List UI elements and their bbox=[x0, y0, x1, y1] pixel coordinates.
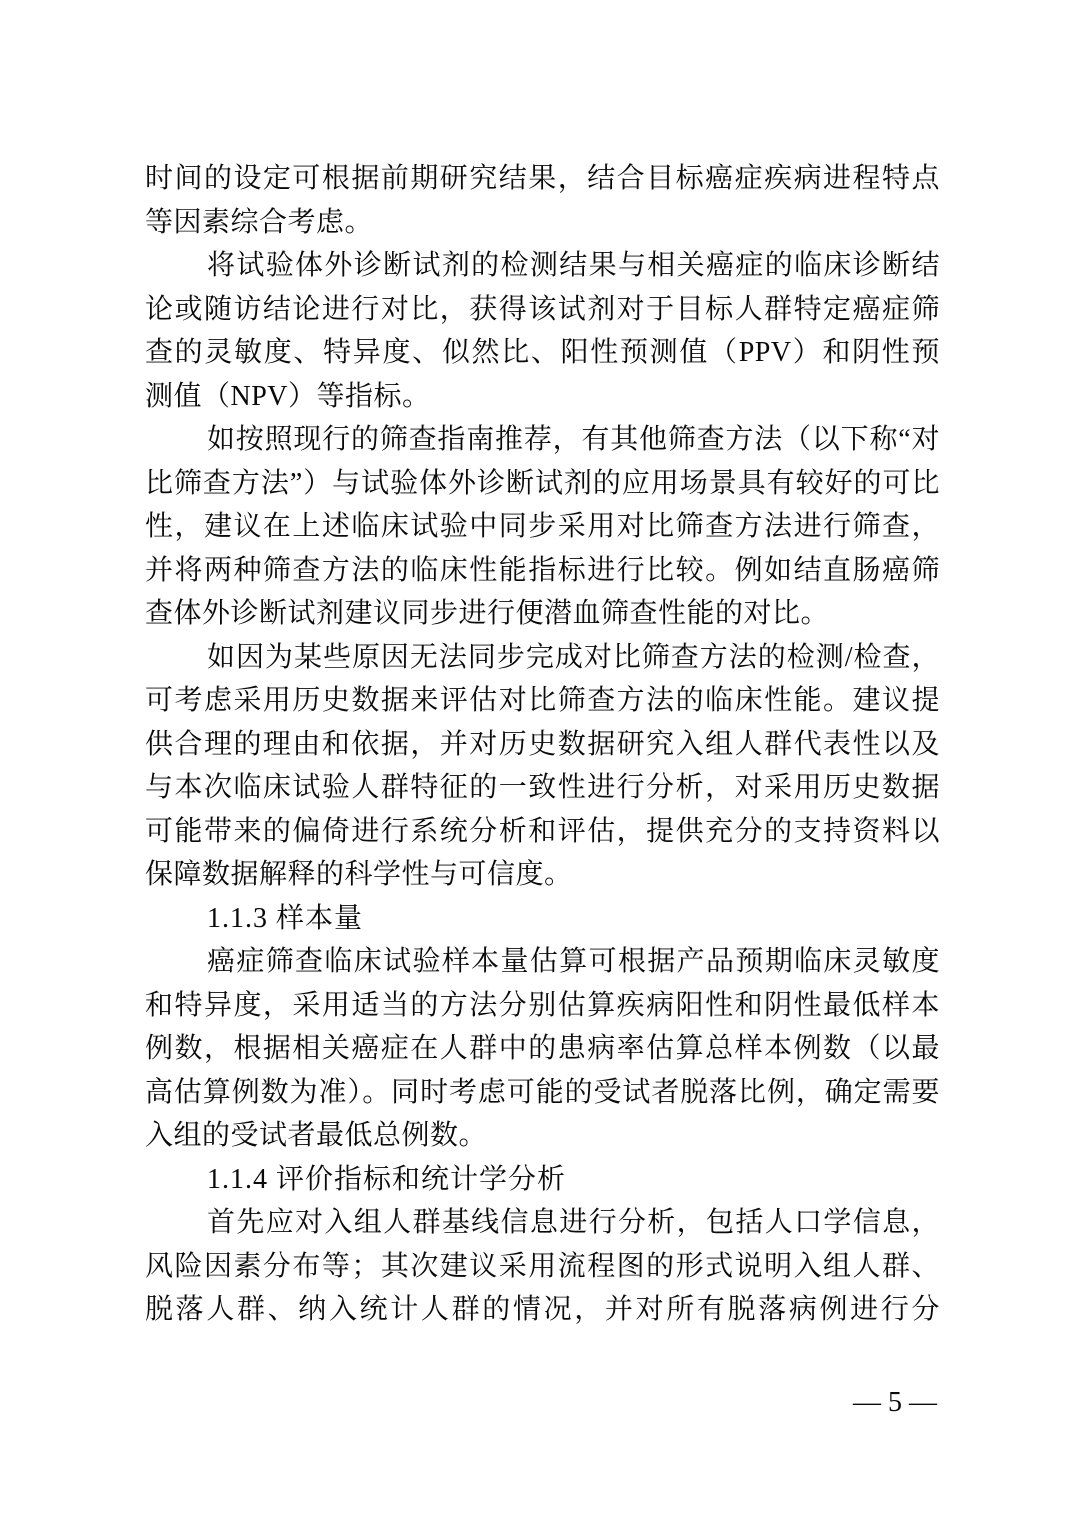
text-line: 并将两种筛查方法的临床性能指标进行比较。例如结直肠癌筛 bbox=[145, 549, 940, 593]
text-line: 论或随访结论进行对比，获得该试剂对于目标人群特定癌症筛 bbox=[145, 288, 940, 332]
document-body: 时间的设定可根据前期研究结果，结合目标癌症疾病进程特点等因素综合考虑。将试验体外… bbox=[145, 157, 940, 1332]
text-line: 将试验体外诊断试剂的检测结果与相关癌症的临床诊断结 bbox=[145, 244, 940, 288]
text-line: 时间的设定可根据前期研究结果，结合目标癌症疾病进程特点 bbox=[145, 157, 940, 201]
text-line: 供合理的理由和依据，并对历史数据研究入组人群代表性以及 bbox=[145, 723, 940, 767]
text-line: 可考虑采用历史数据来评估对比筛查方法的临床性能。建议提 bbox=[145, 679, 940, 723]
text-line: 癌症筛查临床试验样本量估算可根据产品预期临床灵敏度 bbox=[145, 940, 940, 984]
text-line: 比筛查方法”）与试验体外诊断试剂的应用场景具有较好的可比 bbox=[145, 462, 940, 506]
text-line: 例数，根据相关癌症在人群中的患病率估算总样本例数（以最 bbox=[145, 1027, 940, 1071]
text-line: 入组的受试者最低总例数。 bbox=[145, 1114, 940, 1158]
text-line: 风险因素分布等；其次建议采用流程图的形式说明入组人群、 bbox=[145, 1245, 940, 1289]
text-line: 可能带来的偏倚进行系统分析和评估，提供充分的支持资料以 bbox=[145, 810, 940, 854]
text-line: 保障数据解释的科学性与可信度。 bbox=[145, 853, 940, 897]
page-footer: — 5 — bbox=[0, 1383, 1080, 1423]
section-heading: 1.1.3 样本量 bbox=[145, 897, 940, 941]
text-line: 查体外诊断试剂建议同步进行便潜血筛查性能的对比。 bbox=[145, 592, 940, 636]
page-number: — 5 — bbox=[853, 1387, 937, 1418]
text-line: 首先应对入组人群基线信息进行分析，包括人口学信息， bbox=[145, 1201, 940, 1245]
text-line: 性，建议在上述临床试验中同步采用对比筛查方法进行筛查， bbox=[145, 505, 940, 549]
text-line: 如因为某些原因无法同步完成对比筛查方法的检测/检查， bbox=[145, 636, 940, 680]
text-line: 测值（NPV）等指标。 bbox=[145, 375, 940, 419]
text-line: 查的灵敏度、特异度、似然比、阳性预测值（PPV）和阴性预 bbox=[145, 331, 940, 375]
section-heading: 1.1.4 评价指标和统计学分析 bbox=[145, 1158, 940, 1202]
text-line: 和特异度，采用适当的方法分别估算疾病阳性和阴性最低样本 bbox=[145, 984, 940, 1028]
text-line: 等因素综合考虑。 bbox=[145, 201, 940, 245]
document-page: 时间的设定可根据前期研究结果，结合目标癌症疾病进程特点等因素综合考虑。将试验体外… bbox=[0, 0, 1080, 1527]
text-line: 如按照现行的筛查指南推荐，有其他筛查方法（以下称“对 bbox=[145, 418, 940, 462]
text-line: 与本次临床试验人群特征的一致性进行分析，对采用历史数据 bbox=[145, 766, 940, 810]
text-line: 脱落人群、纳入统计人群的情况，并对所有脱落病例进行分析， bbox=[145, 1288, 940, 1332]
text-line: 高估算例数为准）。同时考虑可能的受试者脱落比例，确定需要 bbox=[145, 1071, 940, 1115]
